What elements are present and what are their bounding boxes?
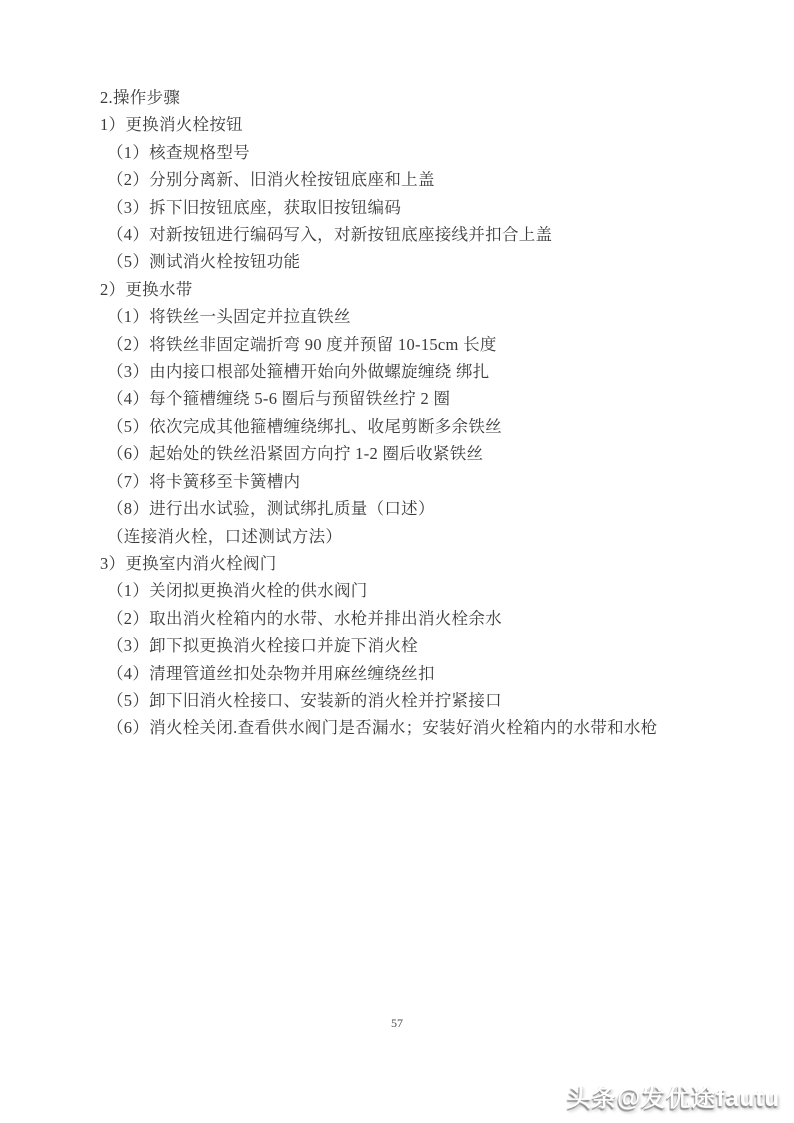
step-group-1-title: 1）更换消火栓按钮 [100,111,744,138]
step-group-3-title: 3）更换室内消火栓阀门 [100,550,744,577]
step-item: （5）卸下旧消火栓接口、安装新的消火栓并拧紧接口 [100,687,744,714]
step-item: （7）将卡簧移至卡簧槽内 [100,468,744,495]
step-item: （4）对新按钮进行编码写入，对新按钮底座接线并扣合上盖 [100,221,744,248]
step-item: （1）核查规格型号 [100,139,744,166]
step-item: （2）分别分离新、旧消火栓按钮底座和上盖 [100,166,744,193]
step-item: （3）拆下旧按钮底座，获取旧按钮编码 [100,194,744,221]
step-item: （6）起始处的铁丝沿紧固方向拧 1-2 圈后收紧铁丝 [100,440,744,467]
step-item: （3）卸下拟更换消火栓接口并旋下消火栓 [100,632,744,659]
step-item: （1）将铁丝一头固定并拉直铁丝 [100,303,744,330]
section-heading: 2.操作步骤 [100,84,744,111]
step-item: （5）依次完成其他箍槽缠绕绑扎、收尾剪断多余铁丝 [100,413,744,440]
page-number: 57 [0,1016,794,1031]
procedure-text-block: 2.操作步骤 1）更换消火栓按钮 （1）核查规格型号 （2）分别分离新、旧消火栓… [100,84,744,742]
document-page: 2.操作步骤 1）更换消火栓按钮 （1）核查规格型号 （2）分别分离新、旧消火栓… [0,0,794,1123]
watermark: 头条@发优途fautu [567,1078,780,1113]
step-item: （8）进行出水试验，测试绑扎质量（口述） [100,495,744,522]
step-item: （4）清理管道丝扣处杂物并用麻丝缠绕丝扣 [100,660,744,687]
step-item: （4）每个箍槽缠绕 5-6 圈后与预留铁丝拧 2 圈 [100,385,744,412]
step-item: （3）由内接口根部处箍槽开始向外做螺旋缠绕 绑扎 [100,358,744,385]
step-item: （6）消火栓关闭.查看供水阀门是否漏水；安装好消火栓箱内的水带和水枪 [100,714,744,741]
step-item: （5）测试消火栓按钮功能 [100,248,744,275]
step-item: （2）将铁丝非固定端折弯 90 度并预留 10-15cm 长度 [100,331,744,358]
step-group-2-title: 2）更换水带 [100,276,744,303]
step-item: （2）取出消火栓箱内的水带、水枪并排出消火栓余水 [100,605,744,632]
step-note: （连接消火栓，口述测试方法） [100,523,744,550]
step-item: （1）关闭拟更换消火栓的供水阀门 [100,577,744,604]
